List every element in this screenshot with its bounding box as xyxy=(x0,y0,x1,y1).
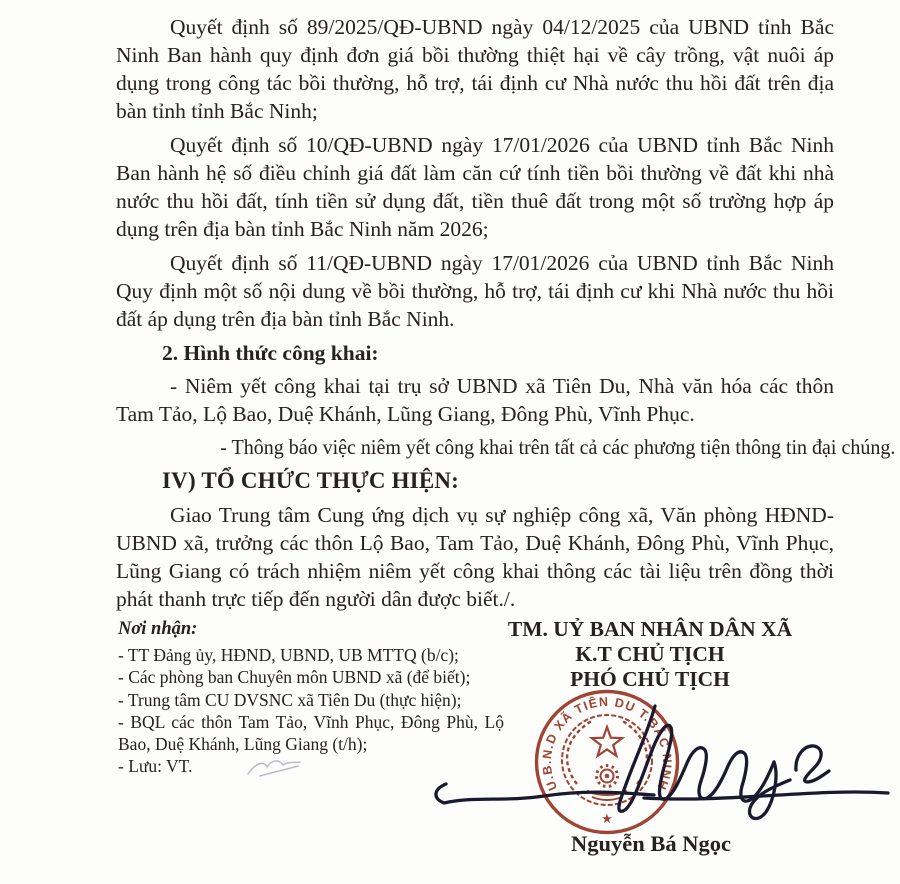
paragraph-decision-10: Quyết định số 10/QĐ-UBND ngày 17/01/2026… xyxy=(116,131,834,243)
bullet-public-posting: - Niêm yết công khai tại trụ sở UBND xã … xyxy=(116,372,834,428)
ink-signature xyxy=(408,672,898,847)
heading-implementation: IV) TỔ CHỨC THỰC HIỆN: xyxy=(116,467,834,495)
paragraph-implementation: Giao Trung tâm Cung ứng dịch vụ sự nghiệ… xyxy=(116,501,834,613)
recipients-title: Nơi nhận: xyxy=(118,619,504,640)
signing-authority-line: TM. UỶ BAN NHÂN DÂN XÃ xyxy=(450,617,850,642)
document-body: Quyết định số 89/2025/QĐ-UBND ngày 04/12… xyxy=(116,13,834,619)
paragraph-decision-11: Quyết định số 11/QĐ-UBND ngày 17/01/2026… xyxy=(116,249,834,333)
recipient-item: - TT Đảng ủy, HĐND, UBND, UB MTTQ (b/c); xyxy=(118,644,504,666)
signature-flourish xyxy=(796,746,829,782)
paragraph-decision-89: Quyết định số 89/2025/QĐ-UBND ngày 04/12… xyxy=(116,13,834,125)
heading-publication-form: 2. Hình thức công khai: xyxy=(116,339,834,367)
scanned-decision-document: Quyết định số 89/2025/QĐ-UBND ngày 04/12… xyxy=(0,0,900,884)
clerk-initials-mark xyxy=(242,752,306,784)
signing-kt-line: K.T CHỦ TỊCH xyxy=(450,642,850,667)
bullet-media-announcement-text: - Thông báo việc niêm yết công khai trên… xyxy=(170,433,895,461)
bullet-media-announcement: - Thông báo việc niêm yết công khai trên… xyxy=(116,433,834,461)
initials-squiggle xyxy=(248,761,300,776)
